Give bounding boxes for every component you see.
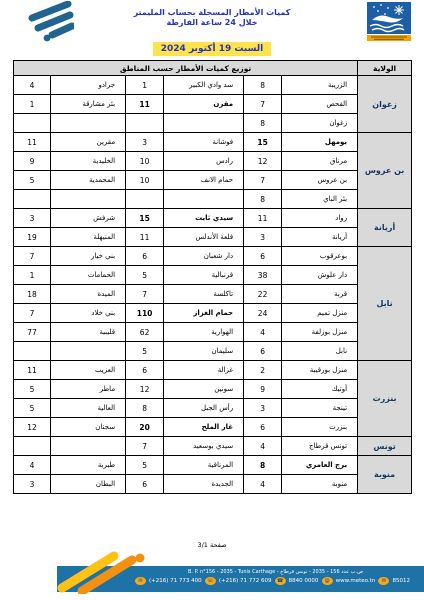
region-name-cell: بنزرت: [282, 418, 358, 437]
rain-value-cell: [14, 437, 51, 456]
region-name-cell: سيدي ثابت: [164, 209, 244, 228]
region-name-cell: العزيب: [51, 361, 126, 380]
region-name-cell: [51, 342, 126, 361]
rain-value-cell: 6: [244, 342, 282, 361]
region-name-cell: منزل بوزلفة: [282, 323, 358, 342]
region-name-cell: بومهل: [282, 133, 358, 152]
region-name-cell: بوعرقوب: [282, 247, 358, 266]
table-row: قربة22تاكلسة7الميدة18: [14, 285, 412, 304]
region-name-cell: بني خيار: [51, 247, 126, 266]
globe-icon: @: [322, 577, 333, 585]
rain-value-cell: 4: [244, 323, 282, 342]
region-name-cell: حمام الغزاز: [164, 304, 244, 323]
region-name-cell: مرناق: [282, 152, 358, 171]
region-name-cell: تينجة: [282, 399, 358, 418]
rain-value-cell: 5: [126, 456, 164, 475]
rain-value-cell: 3: [14, 209, 51, 228]
rain-value-cell: 3: [244, 399, 282, 418]
rain-value-cell: [126, 190, 164, 209]
rain-value-cell: 7: [244, 171, 282, 190]
region-name-cell: بني خلاد: [51, 304, 126, 323]
rain-value-cell: 6: [126, 247, 164, 266]
table-row: نابل6سليمان5: [14, 342, 412, 361]
stripes-logo-footer-icon: [52, 548, 162, 594]
rain-value-cell: 5: [126, 342, 164, 361]
rain-value-cell: 8: [244, 76, 282, 95]
region-name-cell: شرفش: [51, 209, 126, 228]
distribution-header: توزيع كميات الأمطار حسب المناطق: [14, 61, 358, 76]
table-row: أوتيك9سونين12ماطر5: [14, 380, 412, 399]
region-name-cell: أريانة: [282, 228, 358, 247]
region-name-cell: الحمامات: [51, 266, 126, 285]
region-name-cell: بئر الباي: [282, 190, 358, 209]
rain-value-cell: 11: [126, 228, 164, 247]
rainfall-table: الولاية توزيع كميات الأمطار حسب المناطق …: [13, 60, 412, 494]
region-name-cell: نابل: [282, 342, 358, 361]
region-name-cell: دار شعبان: [164, 247, 244, 266]
title-line-1: كميات الأمطار المسجلة بحساب المليمتر: [90, 8, 334, 18]
region-name-cell: دار علوش: [282, 266, 358, 285]
contact-item: ☏(+216) 71 772 609: [205, 577, 272, 585]
region-name-cell: الفحص: [282, 95, 358, 114]
table-row: دار علوش38قرنبالية5الحمامات1: [14, 266, 412, 285]
governorate-cell: بنزرت: [358, 361, 412, 437]
table-header-row: الولاية توزيع كميات الأمطار حسب المناطق: [14, 61, 412, 76]
governorate-cell: تونس: [358, 437, 412, 456]
rain-value-cell: 7: [244, 95, 282, 114]
rain-value-cell: 9: [14, 152, 51, 171]
region-name-cell: غار الملح: [164, 418, 244, 437]
region-name-cell: منوبة: [282, 475, 358, 494]
rain-value-cell: 12: [14, 418, 51, 437]
region-name-cell: زغوان: [282, 114, 358, 133]
rain-value-cell: 3: [244, 228, 282, 247]
rain-value-cell: 10: [126, 171, 164, 190]
rain-value-cell: 10: [126, 152, 164, 171]
governorate-cell: زغوان: [358, 76, 412, 133]
sms-icon: ✉: [378, 577, 389, 585]
governorate-cell: منوبة: [358, 456, 412, 494]
region-name-cell: فوشانة: [164, 133, 244, 152]
rain-value-cell: 5: [14, 171, 51, 190]
rain-value-cell: 15: [126, 209, 164, 228]
governorate-header: الولاية: [358, 61, 412, 76]
rain-value-cell: 4: [14, 456, 51, 475]
region-name-cell: الميدة: [51, 285, 126, 304]
table-row: منزل بوزلفة4الهوارية62قليبية77: [14, 323, 412, 342]
region-name-cell: تونس قرطاج: [282, 437, 358, 456]
rain-value-cell: [14, 342, 51, 361]
rain-value-cell: 3: [126, 133, 164, 152]
rain-value-cell: 4: [244, 475, 282, 494]
rain-value-cell: 2: [244, 361, 282, 380]
region-name-cell: المنيهلة: [51, 228, 126, 247]
region-name-cell: [164, 114, 244, 133]
table-row: زغوانالزريبة8سد وادي الكبير1جرادو4: [14, 76, 412, 95]
region-name-cell: بن عروس: [282, 171, 358, 190]
governorate-cell: أريانة: [358, 209, 412, 247]
rain-value-cell: 15: [244, 133, 282, 152]
meteo-stripes-logo-footer: [52, 548, 162, 598]
rain-value-cell: 20: [126, 418, 164, 437]
region-name-cell: أوتيك: [282, 380, 358, 399]
title-line-2: خلال 24 ساعة الفارطة: [90, 18, 334, 28]
rain-value-cell: 62: [126, 323, 164, 342]
region-name-cell: [51, 437, 126, 456]
rain-value-cell: 4: [244, 437, 282, 456]
governorate-cell: نابل: [358, 247, 412, 361]
region-name-cell: سونين: [164, 380, 244, 399]
region-name-cell: منزل تميم: [282, 304, 358, 323]
region-name-cell: قربة: [282, 285, 358, 304]
rain-value-cell: 1: [126, 76, 164, 95]
region-name-cell: البطان: [51, 475, 126, 494]
table-row: بنزرت6غار الملح20سجنان12: [14, 418, 412, 437]
region-name-cell: الخليدية: [51, 152, 126, 171]
region-name-cell: [164, 190, 244, 209]
table-row: بئر الباي8: [14, 190, 412, 209]
rain-value-cell: 7: [14, 247, 51, 266]
region-name-cell: مقرن: [164, 95, 244, 114]
table-row: تونستونس قرطاج4سيدي بوسعيد7: [14, 437, 412, 456]
fax-icon: ☏: [205, 577, 216, 585]
rainfall-table-wrap: الولاية توزيع كميات الأمطار حسب المناطق …: [13, 60, 411, 494]
table-row: بن عروسبومهل15فوشانة3مقرين11: [14, 133, 412, 152]
region-name-cell: تاكلسة: [164, 285, 244, 304]
table-row: زغوان8: [14, 114, 412, 133]
region-name-cell: حمام الانف: [164, 171, 244, 190]
rain-value-cell: 5: [126, 266, 164, 285]
region-name-cell: ماطر: [51, 380, 126, 399]
rain-value-cell: 5: [14, 399, 51, 418]
rain-value-cell: 19: [14, 228, 51, 247]
rain-value-cell: [126, 114, 164, 133]
region-name-cell: رواد: [282, 209, 358, 228]
rain-value-cell: 3: [14, 475, 51, 494]
rain-value-cell: 7: [14, 304, 51, 323]
rain-value-cell: 110: [126, 304, 164, 323]
region-name-cell: سليمان: [164, 342, 244, 361]
rain-value-cell: 18: [14, 285, 51, 304]
report-header: كميات الأمطار المسجلة بحساب المليمتر خلا…: [0, 0, 424, 58]
region-name-cell: [51, 190, 126, 209]
rain-value-cell: 1: [14, 266, 51, 285]
rain-value-cell: 11: [126, 95, 164, 114]
region-name-cell: رادس: [164, 152, 244, 171]
rain-value-cell: 5: [14, 380, 51, 399]
table-row: تينجة3رأس الجبل8العالية5: [14, 399, 412, 418]
region-name-cell: المحمدية: [51, 171, 126, 190]
table-row: منزل تميم24حمام الغزاز110بني خلاد7: [14, 304, 412, 323]
rain-value-cell: 7: [126, 285, 164, 304]
rain-value-cell: 6: [126, 475, 164, 494]
region-name-cell: طبربة: [51, 456, 126, 475]
table-row: مرناق12رادس10الخليدية9: [14, 152, 412, 171]
table-row: أريانة3قلعة الأندلس11المنيهلة19: [14, 228, 412, 247]
rain-value-cell: 12: [126, 380, 164, 399]
contact-label: (+216) 71 772 609: [219, 578, 272, 584]
table-row: بنزرتمنزل بورقيبة2غزالة6العزيب11: [14, 361, 412, 380]
rain-value-cell: 4: [14, 76, 51, 95]
table-row: منوبة4الجديدة6البطان3: [14, 475, 412, 494]
report-date-row: السبت 19 أكتوبر 2024: [0, 36, 424, 56]
report-title: كميات الأمطار المسجلة بحساب المليمتر خلا…: [90, 8, 334, 28]
contact-item: @www.meteo.tn: [322, 577, 376, 585]
region-name-cell: قلعة الأندلس: [164, 228, 244, 247]
region-name-cell: غزالة: [164, 361, 244, 380]
contact-label: www.meteo.tn: [336, 578, 376, 584]
rain-value-cell: 8: [244, 190, 282, 209]
rain-value-cell: 6: [244, 418, 282, 437]
contact-item: ✉85012: [378, 577, 410, 585]
table-row: منوبةبرج العامري8المرناقية5طبربة4: [14, 456, 412, 475]
rain-value-cell: 12: [244, 152, 282, 171]
rain-value-cell: 8: [244, 456, 282, 475]
rain-value-cell: 38: [244, 266, 282, 285]
rain-value-cell: 7: [126, 437, 164, 456]
rain-value-cell: 11: [14, 133, 51, 152]
contact-label: 85012: [392, 578, 410, 584]
rain-value-cell: 6: [244, 247, 282, 266]
rain-value-cell: 11: [14, 361, 51, 380]
rain-value-cell: 11: [244, 209, 282, 228]
rain-value-cell: 6: [126, 361, 164, 380]
table-row: الفحص7مقرن11بئر مشارقة1: [14, 95, 412, 114]
region-name-cell: العالية: [51, 399, 126, 418]
rain-value-cell: 8: [126, 399, 164, 418]
region-name-cell: جرادو: [51, 76, 126, 95]
region-name-cell: منزل بورقيبة: [282, 361, 358, 380]
contact-label: 8840 0000: [289, 578, 319, 584]
table-row: نابلبوعرقوب6دار شعبان6بني خيار7: [14, 247, 412, 266]
region-name-cell: مقرين: [51, 133, 126, 152]
rain-value-cell: 1: [14, 95, 51, 114]
rain-table-body: زغوانالزريبة8سد وادي الكبير1جرادو4الفحص7…: [14, 76, 412, 494]
region-name-cell: سد وادي الكبير: [164, 76, 244, 95]
rainfall-report-page: كميات الأمطار المسجلة بحساب المليمتر خلا…: [0, 0, 424, 600]
phone-icon: ☎: [275, 577, 286, 585]
rain-value-cell: 8: [244, 114, 282, 133]
region-name-cell: [51, 114, 126, 133]
governorate-cell: بن عروس: [358, 133, 412, 209]
region-name-cell: رأس الجبل: [164, 399, 244, 418]
contact-item: ☎8840 0000: [275, 577, 319, 585]
report-date: السبت 19 أكتوبر 2024: [153, 42, 271, 56]
region-name-cell: قرنبالية: [164, 266, 244, 285]
table-row: بن عروس7حمام الانف10المحمدية5: [14, 171, 412, 190]
region-name-cell: الهوارية: [164, 323, 244, 342]
rain-value-cell: 24: [244, 304, 282, 323]
region-name-cell: بئر مشارقة: [51, 95, 126, 114]
region-name-cell: سجنان: [51, 418, 126, 437]
table-row: أريانةرواد11سيدي ثابت15شرفش3: [14, 209, 412, 228]
region-name-cell: الزريبة: [282, 76, 358, 95]
region-name-cell: قليبية: [51, 323, 126, 342]
rain-value-cell: 22: [244, 285, 282, 304]
rain-value-cell: 9: [244, 380, 282, 399]
rain-value-cell: [14, 190, 51, 209]
rain-value-cell: [14, 114, 51, 133]
region-name-cell: برج العامري: [282, 456, 358, 475]
rain-value-cell: 77: [14, 323, 51, 342]
region-name-cell: الجديدة: [164, 475, 244, 494]
region-name-cell: سيدي بوسعيد: [164, 437, 244, 456]
region-name-cell: المرناقية: [164, 456, 244, 475]
